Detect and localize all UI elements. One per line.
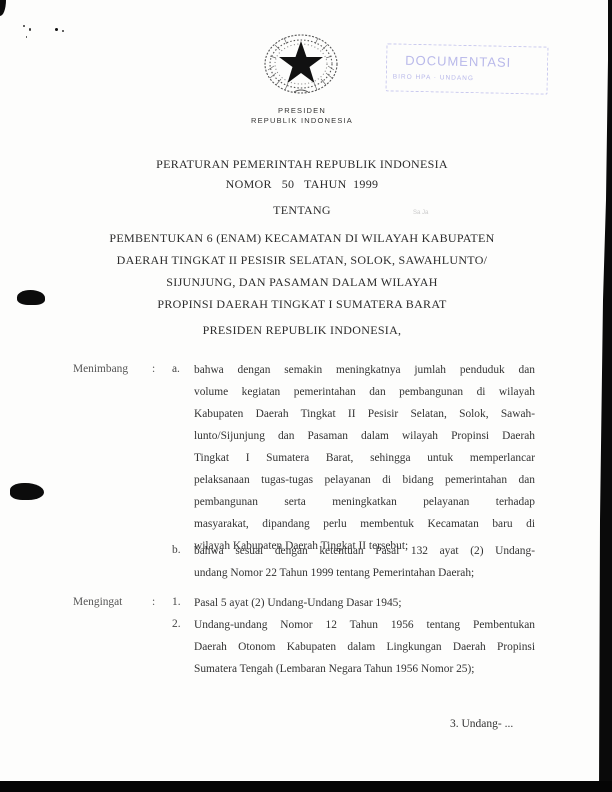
menimbang-label: Menimbang (73, 363, 128, 375)
item-marker: a. (172, 363, 180, 375)
letterhead-republik-indonesia: REPUBLIK INDONESIA (0, 116, 604, 125)
document-stamp: DOCUMENTASI BIRO HPA · UNDANG (386, 43, 549, 94)
text-line: bahwa sesuai dengan ketentuan Pasal 132 … (194, 540, 535, 562)
text-line: pelaksanaan tugas-tugas pelayanan di bid… (194, 469, 535, 491)
text-line: masyarakat, dipandang perlu membentuk Ke… (194, 513, 535, 535)
text-line: Undang-undang Nomor 12 Tahun 1956 tentan… (194, 614, 535, 636)
stamp-line-1: DOCUMENTASI (405, 53, 511, 70)
regulation-tentang: TENTANG (0, 203, 604, 218)
letterhead-presiden: PRESIDEN (0, 106, 604, 115)
presidential-seal-icon (260, 30, 342, 98)
text-line: Sumatera Tengah (Lembaran Negara Tahun 1… (194, 658, 535, 680)
menimbang-colon: : (152, 363, 155, 375)
item-marker: b. (172, 544, 181, 556)
issuer-heading: PRESIDEN REPUBLIK INDONESIA, (0, 323, 604, 338)
text-line: undang Nomor 22 Tahun 1999 tentang Pemer… (194, 562, 535, 584)
regulation-number: NOMOR 50 TAHUN 1999 (0, 177, 604, 192)
faint-annotation: Sa Ja (413, 210, 428, 216)
text-line: lunto/Sijunjung dan Pasaman dalam wilaya… (194, 425, 535, 447)
scan-speck (62, 30, 64, 32)
subject-line: PEMBENTUKAN 6 (ENAM) KECAMATAN DI WILAYA… (0, 231, 604, 246)
scan-edge-bottom (0, 781, 612, 792)
subject-line: PROPINSI DAERAH TINGKAT I SUMATERA BARAT (0, 297, 604, 312)
punch-hole-mark (10, 483, 44, 500)
mengingat-item-1: Pasal 5 ayat (2) Undang-Undang Dasar 194… (194, 592, 535, 614)
scan-speck (26, 36, 27, 38)
scan-speck (29, 28, 31, 31)
mengingat-label: Mengingat (73, 596, 122, 608)
scan-speck (55, 28, 58, 31)
text-line: Tingkat I Sumatera Barat, sehingga untuk… (194, 447, 535, 469)
text-line: Pasal 5 ayat (2) Undang-Undang Dasar 194… (194, 592, 535, 614)
regulation-title: PERATURAN PEMERINTAH REPUBLIK INDONESIA (0, 157, 604, 172)
text-line: bahwa dengan semakin meningkatnya jumlah… (194, 359, 535, 381)
star-icon (279, 41, 323, 83)
subject-line: DAERAH TINGKAT II PESISIR SELATAN, SOLOK… (0, 253, 604, 268)
stamp-line-2: BIRO HPA · UNDANG (393, 73, 474, 82)
mengingat-item-2: Undang-undang Nomor 12 Tahun 1956 tentan… (194, 614, 535, 680)
item-marker: 1. (172, 596, 181, 608)
subject-line: SIJUNJUNG, DAN PASAMAN DALAM WILAYAH (0, 275, 604, 290)
text-line: pembangunan serta meningkatkan pelayanan… (194, 491, 535, 513)
mengingat-colon: : (152, 596, 155, 608)
text-line: Kabupaten Daerah Tingkat II Pesisir Sela… (194, 403, 535, 425)
menimbang-item-b: bahwa sesuai dengan ketentuan Pasal 132 … (194, 540, 535, 584)
item-marker: 2. (172, 618, 181, 630)
text-line: Daerah Otonom Kabupaten dalam Lingkungan… (194, 636, 535, 658)
text-line: volume kegiatan pemerintahan dan pembang… (194, 381, 535, 403)
menimbang-item-a: bahwa dengan semakin meningkatnya jumlah… (194, 359, 535, 557)
scan-speck (23, 25, 25, 27)
continuation-catchword: 3. Undang- ... (450, 718, 513, 730)
